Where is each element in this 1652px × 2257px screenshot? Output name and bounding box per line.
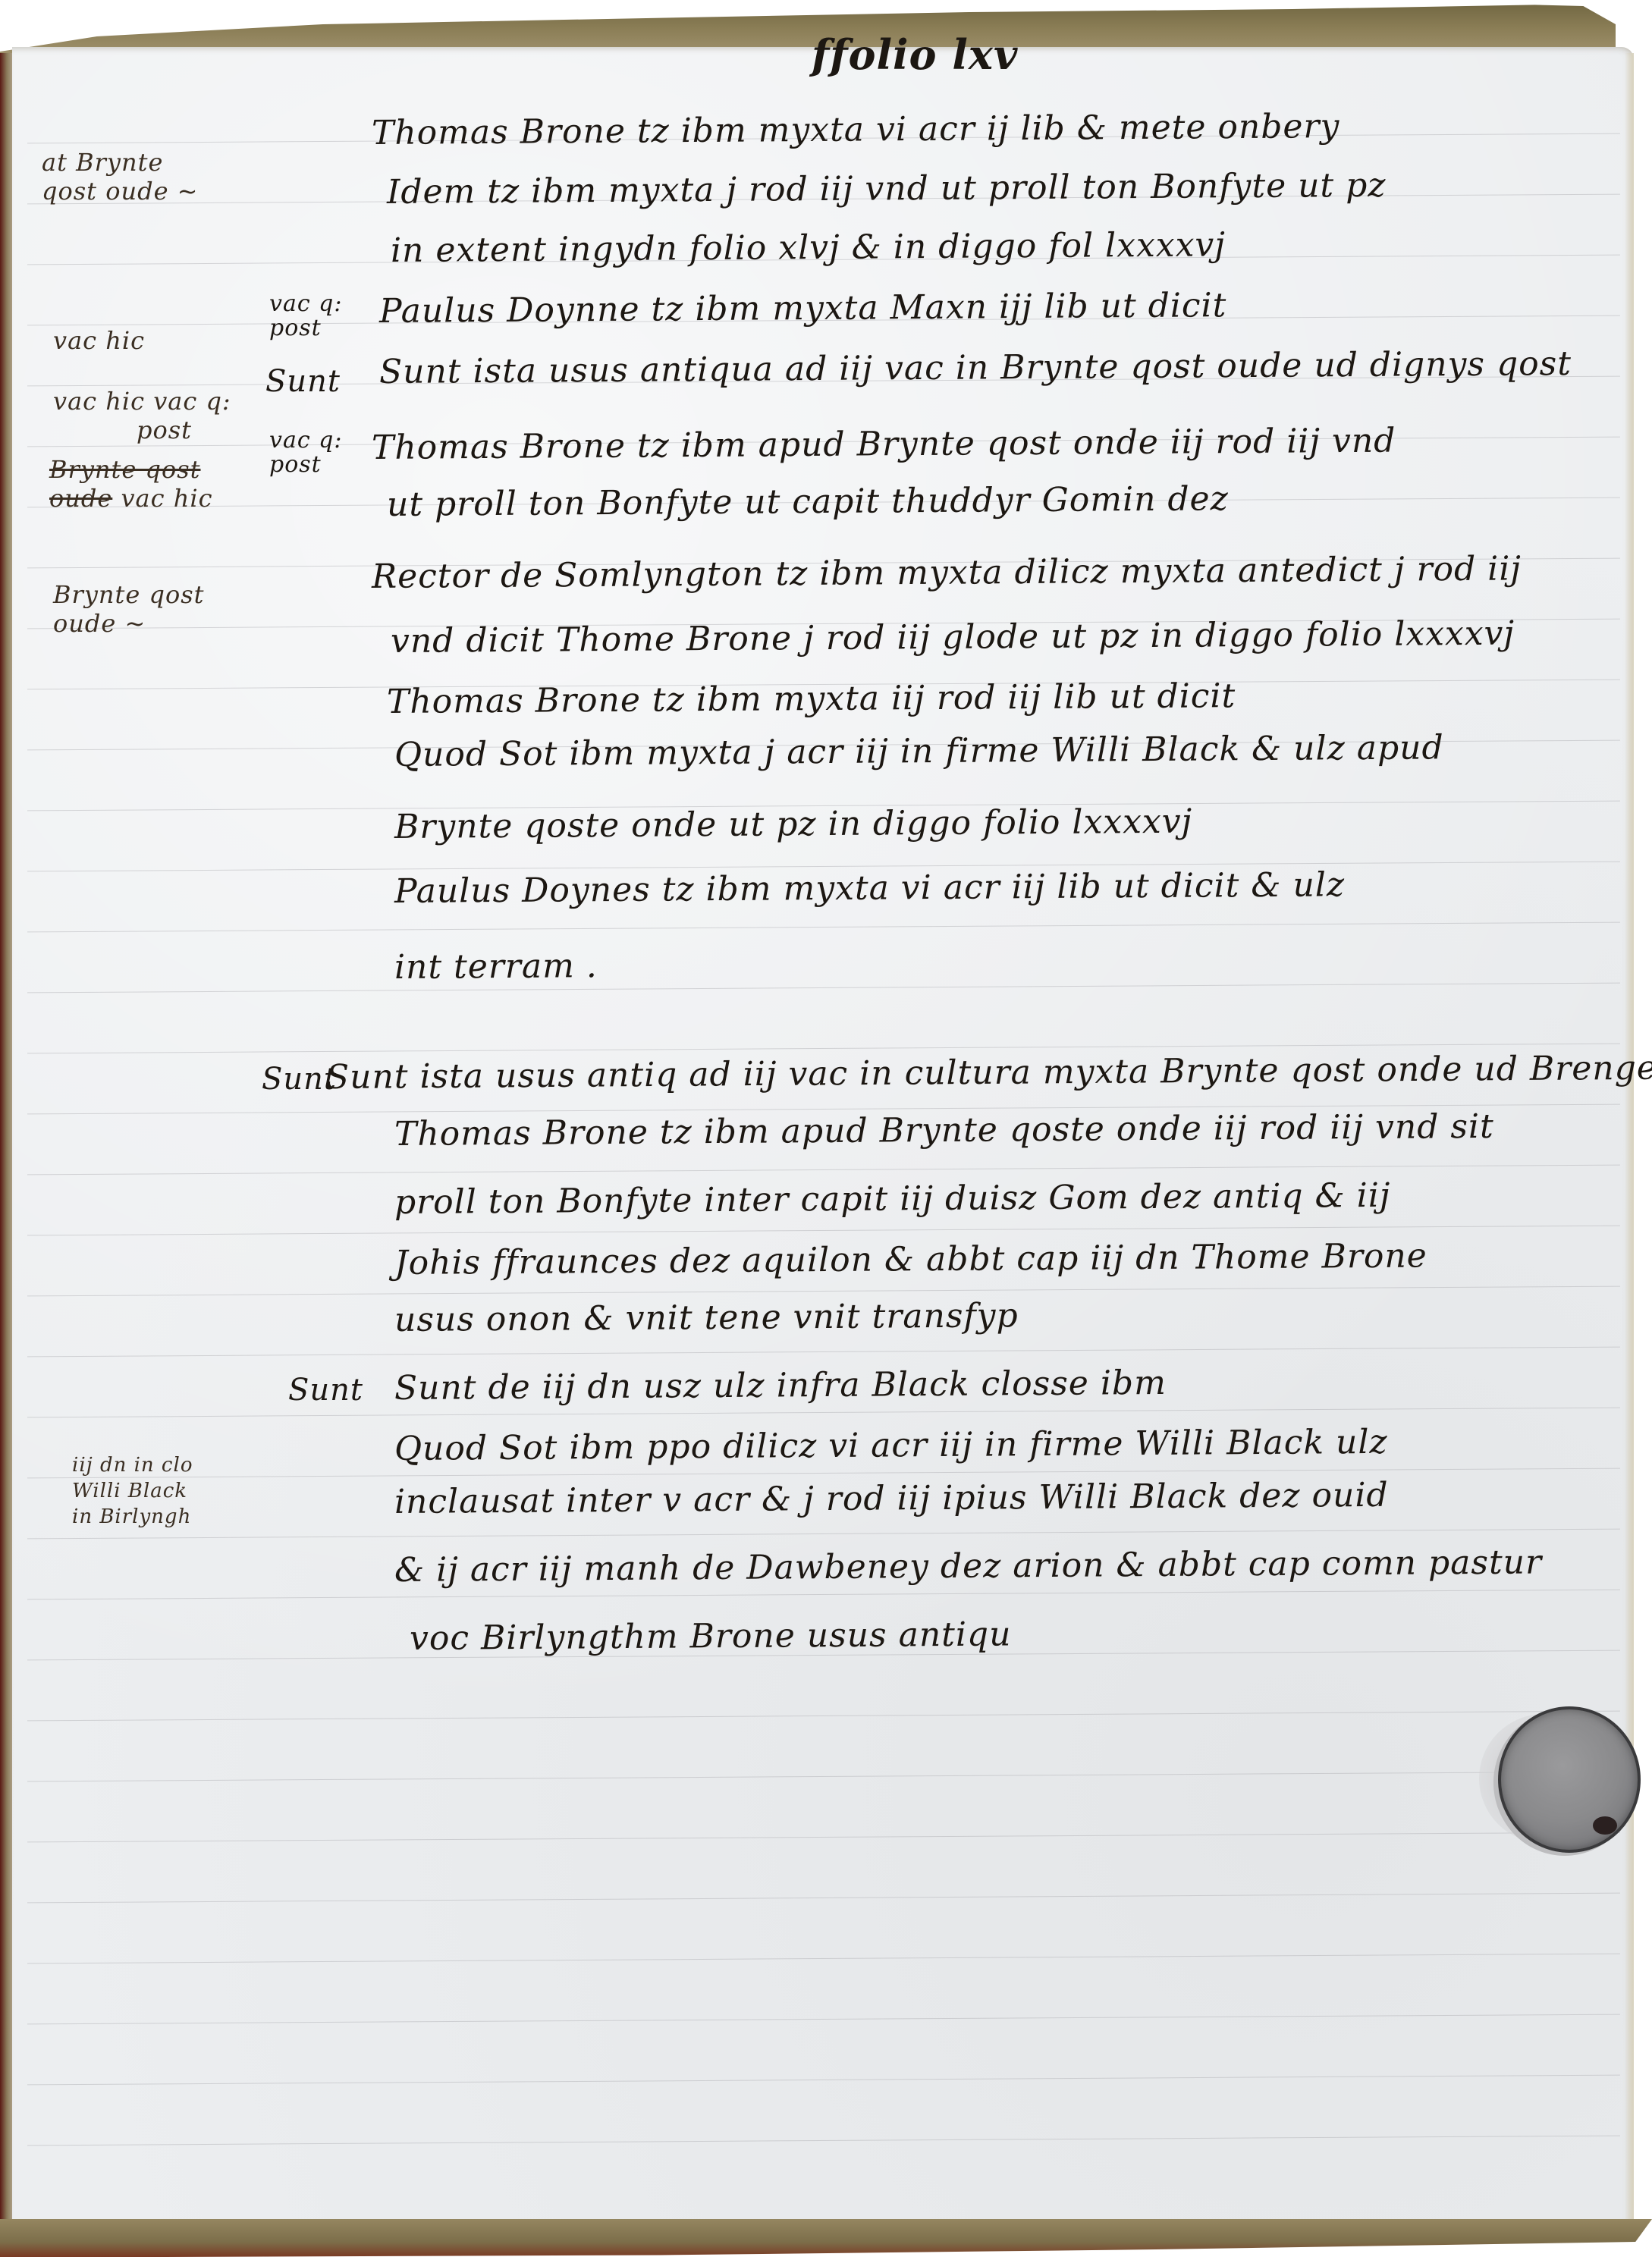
text-line: inclausat inter v acr & j rod iij ipius … xyxy=(394,1476,1389,1521)
vacat-label-sub: post xyxy=(269,453,342,477)
text-line: Quod Sot ibm ppo dilicz vi acr iij in fi… xyxy=(394,1423,1388,1468)
margin-note: vac hic vac q: post xyxy=(53,387,231,444)
text-line: Thomas Brone tz ibm myxta iij rod iij li… xyxy=(387,676,1236,721)
margin-note-line-struck: Brynte qost xyxy=(49,455,212,484)
vacat-label-sub: post xyxy=(269,316,342,341)
metal-book-weight xyxy=(1479,1699,1638,1858)
margin-note-line: qost oude ~ xyxy=(42,177,198,206)
sunt-label: Sunt xyxy=(262,1062,337,1097)
page-fore-edge xyxy=(1625,53,1634,2222)
margin-note-line: iij dn in clo xyxy=(72,1452,193,1478)
margin-note-line: Willi Black xyxy=(72,1478,193,1504)
text-line: voc Birlyngthm Brone usus antiqu xyxy=(410,1615,1012,1658)
text-line: vnd dicit Thome Brone j rod iij glode ut… xyxy=(391,614,1515,661)
margin-note-line: vac hic xyxy=(53,326,145,355)
text-line: proll ton Bonfyte inter capit iij duisz … xyxy=(394,1176,1391,1222)
vacat-label: vac q: post xyxy=(269,428,342,477)
text-line: Rector de Somlyngton tz ibm myxta dilicz… xyxy=(372,549,1522,596)
margin-note: iij dn in clo Willi Black in Birlyngh xyxy=(72,1452,193,1530)
margin-note: Brynte qost oude ~ xyxy=(53,580,205,638)
margin-note: at Brynte qost oude ~ xyxy=(42,148,198,206)
margin-note-struck: Brynte qost oude vac hic xyxy=(49,455,212,513)
vacat-label: vac q: post xyxy=(269,292,342,341)
margin-note-line: vac hic vac q: xyxy=(53,387,231,416)
margin-note-line: vac hic xyxy=(121,484,212,513)
vacat-label-text: vac q: xyxy=(269,292,342,316)
text-line struck-entry: Paulus Doynne tz ibm myxta Maxn ijj lib … xyxy=(379,286,1227,331)
text-line: Brynte qoste onde ut pz in diggo folio l… xyxy=(394,802,1193,846)
manuscript-photo: ffolio lxv Thomas Brone tz ibm myxta vi … xyxy=(0,0,1652,2257)
folio-number-header: ffolio lxv xyxy=(812,30,1018,79)
margin-note: vac hic xyxy=(53,326,145,355)
text-line: Idem tz ibm myxta j rod iij vnd ut proll… xyxy=(387,166,1387,212)
vacat-label-text: vac q: xyxy=(269,428,342,453)
text-line: int terram . xyxy=(394,946,598,987)
text-line: Paulus Doynes tz ibm myxta vi acr iij li… xyxy=(394,865,1345,911)
text-line: usus onon & vnit tene vnit transfyp xyxy=(394,1296,1019,1339)
margin-note-line: at Brynte xyxy=(42,148,198,177)
text-line: in extent ingydn folio xlvj & in diggo f… xyxy=(391,225,1226,270)
text-line: Johis ffraunces dez aquilon & abbt cap i… xyxy=(394,1236,1427,1282)
margin-note-line: Brynte qost xyxy=(53,580,205,609)
weight-face xyxy=(1498,1706,1641,1853)
binding-board-bottom-edge xyxy=(0,2219,1652,2257)
text-line: Thomas Brone tz ibm apud Brynte qoste on… xyxy=(394,1107,1494,1154)
text-line: & ij acr iij manh de Dawbeney dez arion … xyxy=(394,1543,1542,1590)
margin-note-line: oude ~ xyxy=(53,609,205,638)
weight-chip xyxy=(1593,1816,1617,1835)
text-line: Quod Sot ibm myxta j acr iij in firme Wi… xyxy=(394,728,1444,774)
text-line: Thomas Brone tz ibm myxta vi acr ij lib … xyxy=(372,107,1340,152)
margin-note-line: post xyxy=(53,416,231,444)
text-line struck-entry: ut proll ton Bonfyte ut capit thuddyr Go… xyxy=(387,479,1229,524)
sunt-label: Sunt xyxy=(265,364,341,399)
sunt-label: Sunt xyxy=(288,1373,363,1408)
margin-note-line-struck: oude xyxy=(49,484,112,513)
text-line struck-entry: Thomas Brone tz ibm apud Brynte qost ond… xyxy=(372,422,1396,467)
text-line: Sunt de iij dn usz ulz infra Black closs… xyxy=(394,1364,1167,1408)
margin-note-line: in Birlyngh xyxy=(72,1504,193,1530)
